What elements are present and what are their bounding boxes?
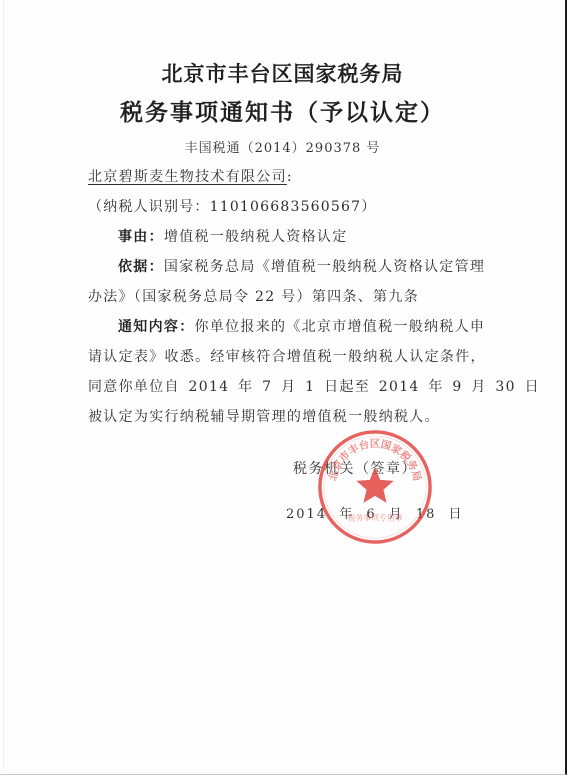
basis-line-2: 办法》（国家税务总局令 22 号）第四条、第九条 — [88, 286, 419, 306]
basis-text-1: 国家税务总局《增值税一般纳税人资格认定管理 — [164, 259, 485, 275]
recipient-line: 北京碧斯麦生物技术有限公司: — [88, 166, 293, 186]
issuer-title: 北京市丰台区国家税务局 — [0, 58, 565, 88]
document-page: 北京市丰台区国家税务局 税务事项通知书（予以认定） 丰国税通（2014）2903… — [0, 0, 567, 775]
company-name: 北京碧斯麦生物技术有限公司 — [88, 169, 287, 185]
content-line-2: 请认定表》收悉。经审核符合增值税一般纳税人认定条件， — [88, 346, 486, 366]
recipient-colon: : — [287, 169, 293, 185]
reason-text: 增值税一般纳税人资格认定 — [164, 229, 348, 245]
reason-line: 事由：增值税一般纳税人资格认定 — [118, 226, 348, 246]
basis-label: 依据： — [118, 259, 164, 275]
official-seal: 北京市丰台区国家税务局 税务事项专用章 — [316, 428, 434, 546]
document-number: 丰国税通（2014）290378 号 — [0, 137, 565, 156]
content-line-4: 被认定为实行纳税辅导期管理的增值税一般纳税人。 — [88, 406, 440, 426]
content-label: 通知内容： — [118, 319, 195, 335]
taxpayer-id: （纳税人识别号：110106683560567） — [88, 196, 376, 216]
document-title: 税务事项通知书（予以认定） — [0, 94, 565, 127]
content-text-1: 你单位报来的《北京市增值税一般纳税人申 — [195, 319, 486, 335]
basis-line-1: 依据：国家税务总局《增值税一般纳税人资格认定管理 — [118, 256, 485, 276]
signature-label: 税务机关（签章） — [293, 458, 417, 478]
reason-label: 事由： — [118, 229, 164, 245]
issue-date: 2014 年 6 月 18 日 — [286, 503, 464, 522]
content-line-3: 同意你单位自 2014 年 7 月 1 日起至 2014 年 9 月 30 日 — [88, 376, 540, 396]
content-line-1: 通知内容：你单位报来的《北京市增值税一般纳税人申 — [118, 316, 485, 336]
